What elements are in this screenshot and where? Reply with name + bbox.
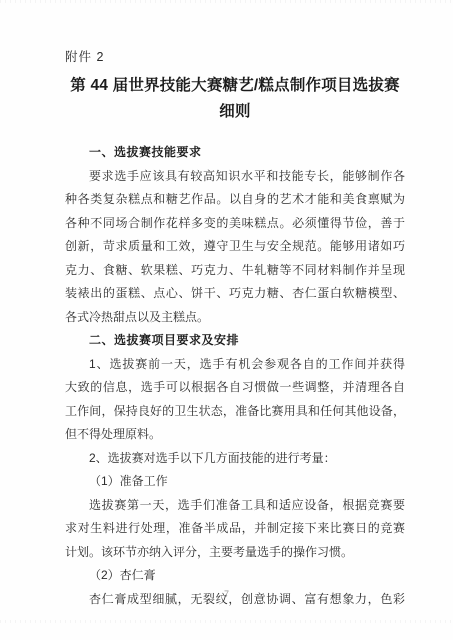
body-line: 计划。该环节亦纳入评分，主要考量选手的操作习惯。 [65,541,405,565]
scan-noise-bottom [0,620,453,623]
attachment-label: 附件 2 [65,46,405,68]
body-line: 装裱出的蛋糕、点心、饼干、巧克力糖、杏仁蛋白软糖模型、 [65,282,405,306]
sub-heading: （2）杏仁膏 [65,564,405,588]
sub-heading: （1）准备工作 [65,470,405,494]
body-line: 要求选手应该具有较高知识水平和技能专长，能够制作各 [65,165,405,189]
body-line: 工作间，保持良好的卫生状态，准备比赛用具和任何其他设备， [65,400,405,424]
body-line: 大致的信息，选手可以根据各自习惯做一些调整，并清理各自 [65,376,405,400]
document-body: 一、选拔赛技能要求 要求选手应该具有较高知识水平和技能专长，能够制作各 种各类复… [65,141,405,611]
scan-noise-top [0,0,453,3]
body-line: 各式冷热甜点以及主糕点。 [65,306,405,330]
body-line: 各种不同场合制作花样多变的美味糕点。必须懂得节俭，善于 [65,212,405,236]
body-line: 但不得处理原料。 [65,423,405,447]
document-page: 附件 2 第 44 届世界技能大赛糖艺/糕点制作项目选拔赛细则 一、选拔赛技能要… [0,0,453,640]
body-line: 1、选拔赛前一天，选手有机会参观各自的工作间并获得 [65,353,405,377]
page-number: 7 [0,589,453,599]
section-heading-2: 二、选拔赛项目要求及安排 [65,329,405,353]
body-line: 克力、食糖、软果糕、巧克力、牛轧糖等不同材料制作并呈现 [65,259,405,283]
body-line: 种各类复杂糕点和糖艺作品。以自身的艺术才能和美食禀赋为 [65,188,405,212]
document-title: 第 44 届世界技能大赛糖艺/糕点制作项目选拔赛细则 [65,73,405,125]
body-line: 求对生料进行处理，准备半成品，并制定接下来比赛日的竞赛 [65,517,405,541]
document-content: 附件 2 第 44 届世界技能大赛糖艺/糕点制作项目选拔赛细则 一、选拔赛技能要… [65,46,405,611]
section-heading-1: 一、选拔赛技能要求 [65,141,405,165]
body-line: 选拔赛第一天，选手们准备工具和适应设备，根据竞赛要 [65,494,405,518]
body-line: 2、选拔赛对选手以下几方面技能的进行考量： [65,447,405,471]
body-line: 创新，苛求质量和工效，遵守卫生与安全规范。能够用诸如巧 [65,235,405,259]
